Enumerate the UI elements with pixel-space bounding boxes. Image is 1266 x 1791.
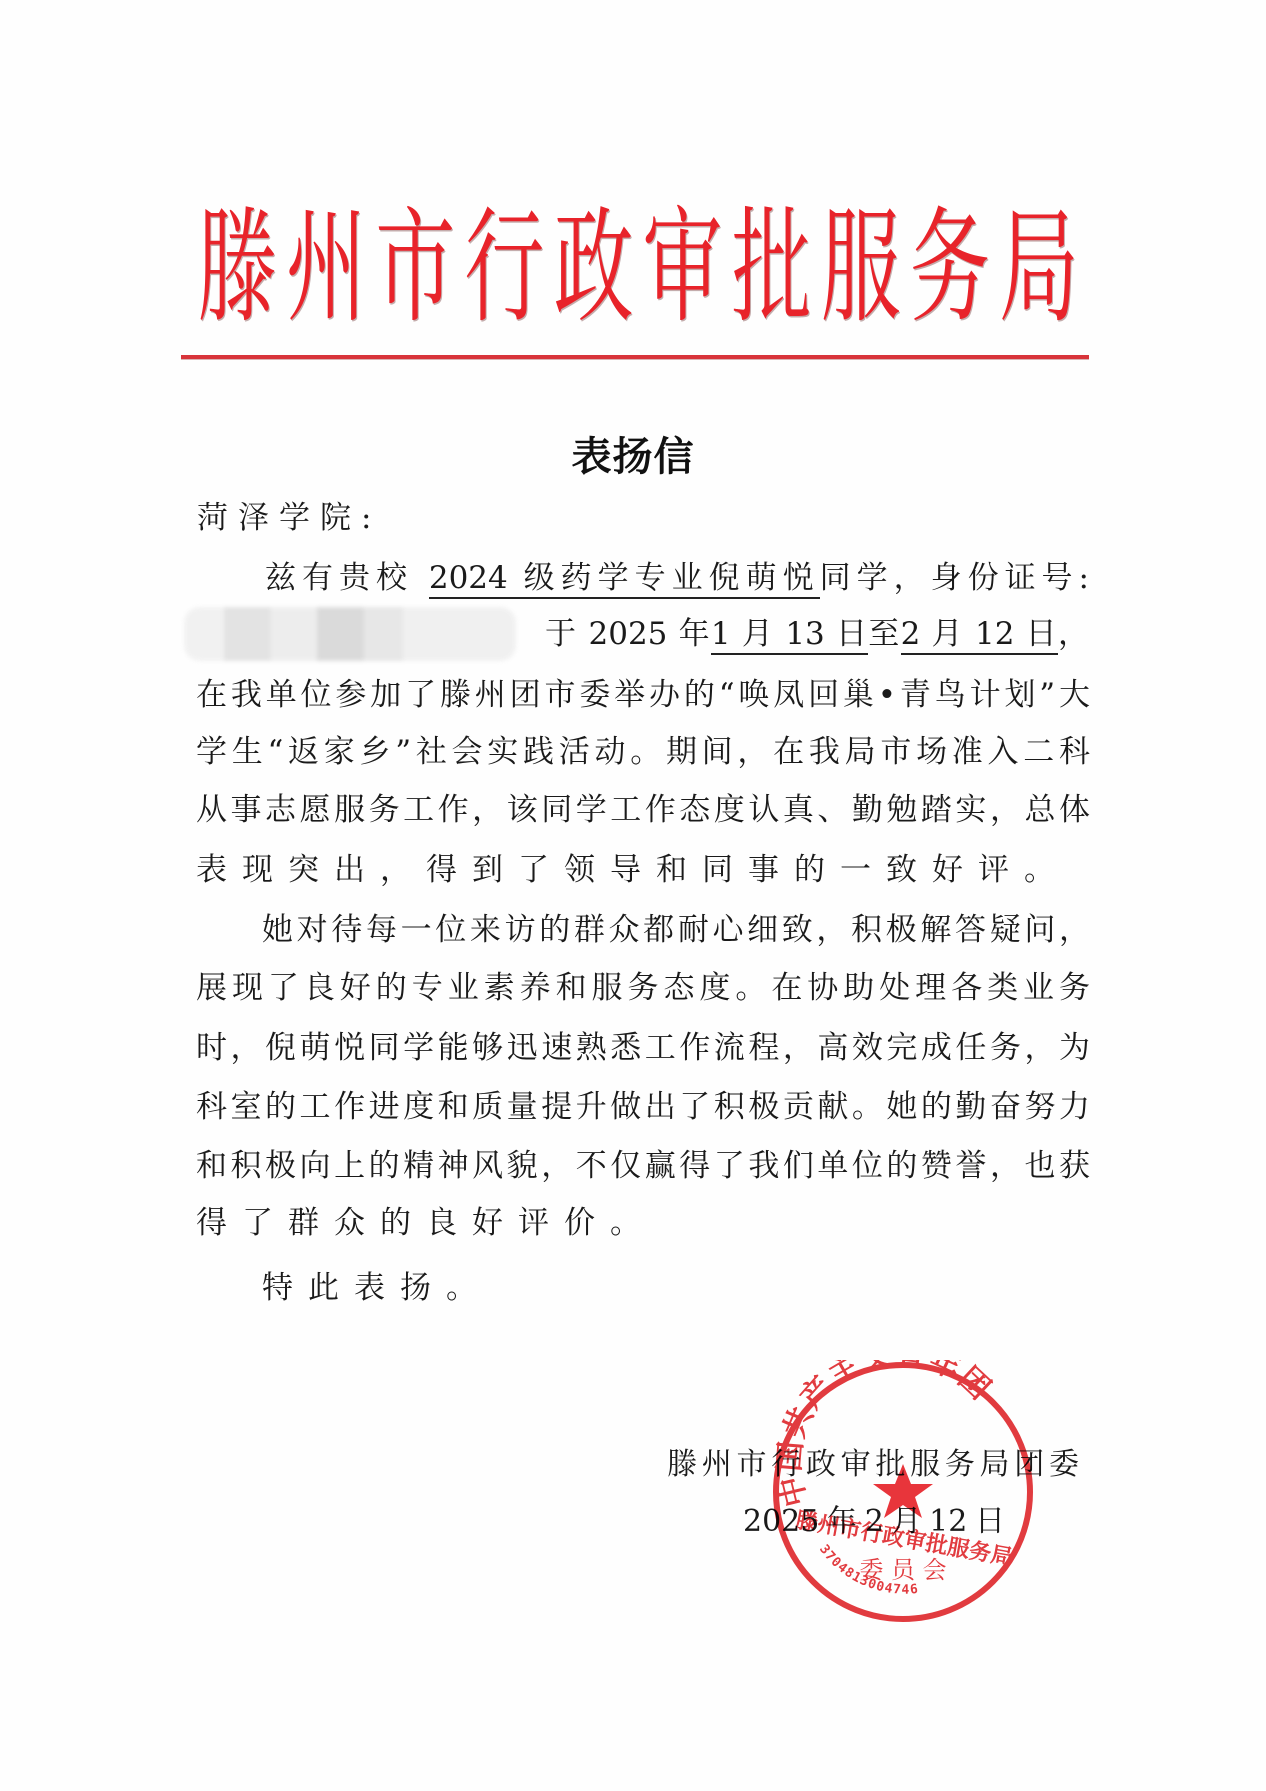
letterhead-char: 审 [643,163,723,374]
closing-line: 特此表扬。 [262,1268,562,1308]
salutation: 菏泽学院: [197,498,497,538]
letterhead-char: 州 [286,163,366,374]
redacted-id-number [184,607,516,661]
body-line-8: 展现了良好的专业素养和服务态度。在协助处理各类业务 [196,968,1090,1008]
text-segment: ， [1058,616,1089,652]
seal-code: 3704813004746 [816,1542,920,1598]
letterhead-char: 滕 [197,163,277,374]
letterhead-char: 政 [553,163,633,374]
body-line-1: 兹有贵校 2024 级药学专业倪萌悦同学，身份证号: [265,558,1089,598]
signature-date: 2025年2月12日 [743,1502,1005,1542]
letterhead-char: 行 [464,163,544,374]
body-line-9: 时，倪萌悦同学能够迅速熟悉工作流程，高效完成任务，为 [196,1028,1090,1068]
body-line-3: 在我单位参加了滕州团市委举办的“唤凤回巢•青鸟计划”大 [196,675,1090,715]
body-line-6: 表现突出，得到了领导和同事的一致好评。 [196,850,896,890]
body-line-2: 于 2025 年1 月 13 日至2 月 12 日， [545,614,1089,654]
body-line-10: 科室的工作进度和质量提升做出了积极贡献。她的勤奋努力 [196,1087,1090,1127]
text-segment: 于 2025 年 [545,616,711,652]
student-info-underlined: 2024 级药学专业倪萌悦 [429,560,820,599]
seal-top-text: 中国共产主义青年团 [772,1360,998,1510]
body-line-11: 和积极向上的精神风貌，不仅赢得了我们单位的赞誉，也获 [196,1146,1090,1186]
official-seal: 中国共产主义青年团 滕州市行政审批服务局 委 员 会 3704813004746 [771,1360,1035,1624]
letterhead-title: 滕 州 市 行 政 审 批 服 务 局 [197,200,1079,336]
body-line-12: 得了群众的良好评价。 [196,1203,696,1243]
body-line-5: 从事志愿服务工作，该同学工作态度认真、勤勉踏实，总体 [196,790,1090,830]
start-date-underlined: 1 月 13 日 [711,616,868,655]
letterhead-char: 市 [375,163,455,374]
letter-title: 表扬信 [0,432,1266,482]
letterhead-divider [181,355,1089,359]
text-segment: 兹有贵校 [265,560,429,596]
text-segment: 至 [868,616,900,652]
text-segment: 同学，身份证号: [820,560,1089,596]
signature-org: 滕州市行政审批服务局团委 [667,1445,1079,1485]
seal-committee-text: 委 员 会 [859,1556,946,1584]
end-date-underlined: 2 月 12 日 [901,616,1058,655]
letterhead-char: 务 [910,163,990,374]
body-line-7: 她对待每一位来访的群众都耐心细致，积极解答疑问， [262,910,1090,950]
letterhead-char: 服 [821,163,901,374]
letter-page: 滕 州 市 行 政 审 批 服 务 局 表扬信 菏泽学院: 兹有贵校 2024 … [0,0,1266,1791]
body-line-4: 学生“返家乡”社会实践活动。期间，在我局市场准入二科 [196,732,1090,772]
seal-ring [776,1365,1030,1619]
letterhead-char: 局 [999,163,1079,374]
letterhead-char: 批 [732,163,812,374]
